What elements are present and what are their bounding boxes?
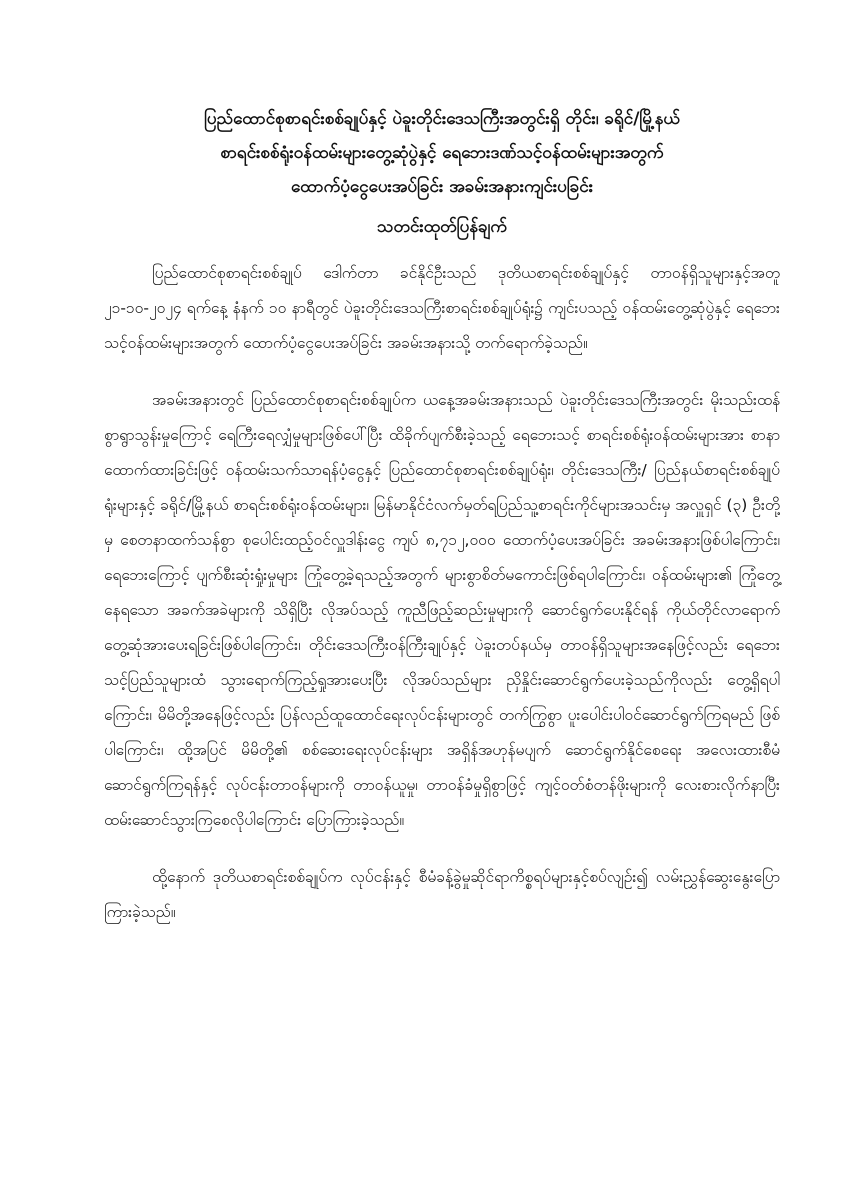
paragraph-2: အခမ်းအနားတွင် ပြည်ထောင်စုစာရင်းစစ်ချုပ်က… (104, 383, 780, 838)
document-title: ပြည်ထောင်စုစာရင်းစစ်ချုပ်နှင့် ပဲခူးတိုင… (104, 102, 780, 204)
title-line-3: ထောက်ပံ့ငွေပေးအပ်ခြင်း အခမ်းအနားကျင်းပခြ… (104, 170, 780, 204)
title-line-2: စာရင်းစစ်ရုံးဝန်ထမ်းများတွေ့ဆုံပွဲနှင့် … (104, 136, 780, 170)
paragraph-3: ထို့နောက် ဒုတိယစာရင်းစစ်ချုပ်က လုပ်ငန်းန… (104, 860, 780, 930)
document-subtitle: သတင်းထုတ်ပြန်ချက် (104, 210, 780, 244)
press-release-document: ပြည်ထောင်စုစာရင်းစစ်ချုပ်နှင့် ပဲခူးတိုင… (104, 102, 780, 930)
title-line-1: ပြည်ထောင်စုစာရင်းစစ်ချုပ်နှင့် ပဲခူးတိုင… (104, 102, 780, 136)
paragraph-1: ပြည်ထောင်စုစာရင်းစစ်ချုပ် ဒေါက်တာ ခင်နို… (104, 256, 780, 361)
